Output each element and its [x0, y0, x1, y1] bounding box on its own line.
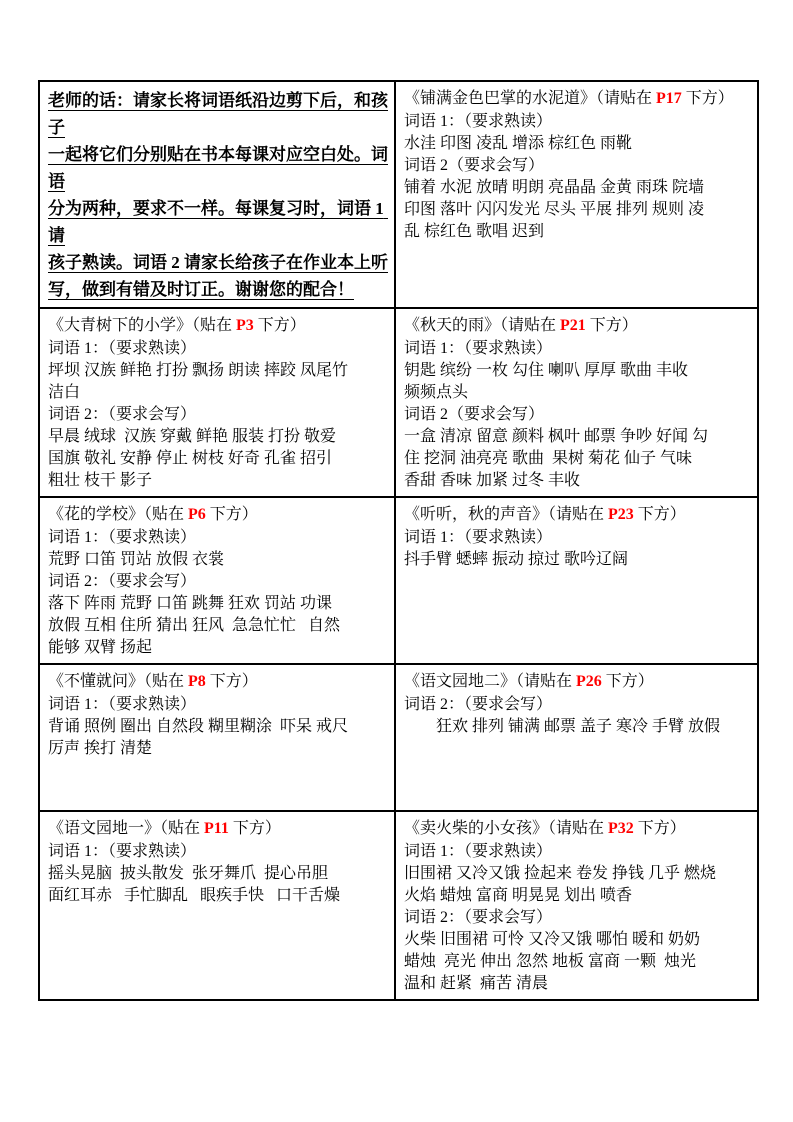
- word-list-line: 乱 棕红色 歌唱 迟到: [404, 221, 751, 243]
- word-list-line: 厉声 挨打 清楚: [48, 738, 388, 760]
- teacher-note-line: 写，做到有错及时订正。谢谢您的配合！: [48, 276, 388, 303]
- word-list-line: 住 挖洞 油亮亮 歌曲 果树 菊花 仙子 气味: [404, 448, 751, 470]
- word-list-line: 蜡烛 亮光 伸出 忽然 地板 富商 一颗 烛光: [404, 951, 751, 973]
- teacher-note-line: 老师的话：请家长将词语纸沿边剪下后，和孩子: [48, 87, 388, 141]
- lesson-title: 《语文园地二》（请贴在 P26 下方）: [404, 670, 751, 694]
- lesson-title-text: 下方）: [254, 317, 306, 334]
- lesson-title-text: 《花的学校》（贴在: [48, 506, 188, 523]
- word-list-line: 早晨 绒球 汉族 穿戴 鲜艳 服装 打扮 敬爱: [48, 426, 388, 448]
- table-row: 《语文园地一》（贴在 P11 下方）词语 1：（要求熟读）摇头晃脑 披头散发 张…: [39, 811, 758, 1000]
- cell-lesson-shuinidao: 《铺满金色巴掌的水泥道》（请贴在 P17 下方）词语 1：（要求熟读）水洼 印图…: [395, 81, 758, 308]
- page-ref: P21: [560, 317, 586, 334]
- word-list-line: 词语 1：（要求熟读）: [48, 338, 388, 360]
- page-ref: P26: [576, 673, 602, 690]
- table-row: 老师的话：请家长将词语纸沿边剪下后，和孩子一起将它们分别贴在书本每课对应空白处。…: [39, 81, 758, 308]
- teacher-note-line: 分为两种，要求不一样。每课复习时，词语 1 请: [48, 195, 388, 249]
- lesson-title-text: 《听听，秋的声音》（请贴在: [404, 506, 608, 523]
- word-list-line: 洁白: [48, 382, 388, 404]
- word-list-line: 词语 1：（要求熟读）: [404, 527, 751, 549]
- page-ref: P17: [656, 90, 682, 107]
- word-list-line: 抖手臂 蟋蟀 振动 掠过 歌吟辽阔: [404, 549, 751, 571]
- word-list-line: 词语 2：（要求会写）: [404, 907, 751, 929]
- teacher-note-line: 孩子熟读。词语 2 请家长给孩子在作业本上听: [48, 249, 388, 276]
- word-list-line: 词语 1：（要求熟读）: [404, 841, 751, 863]
- word-list-line: 荒野 口笛 罚站 放假 衣裳: [48, 549, 388, 571]
- lesson-title-text: 下方）: [586, 317, 638, 334]
- word-list-line: 词语 1：（要求熟读）: [48, 527, 388, 549]
- page-ref: P6: [188, 506, 206, 523]
- cell-yuwen-yuandi-1: 《语文园地一》（贴在 P11 下方）词语 1：（要求熟读）摇头晃脑 披头散发 张…: [39, 811, 395, 1000]
- cell-lesson-maihuochai: 《卖火柴的小女孩》（请贴在 P32 下方）词语 1：（要求熟读）旧围裙 又冷又饿…: [395, 811, 758, 1000]
- lesson-title-text: 下方）: [602, 673, 654, 690]
- lesson-title-text: 《语文园地二》（请贴在: [404, 673, 576, 690]
- word-list-line: 能够 双臂 扬起: [48, 637, 388, 659]
- cell-yuwen-yuandi-2: 《语文园地二》（请贴在 P26 下方）词语 2：（要求会写） 狂欢 排列 铺满 …: [395, 664, 758, 811]
- word-list-line: 落下 阵雨 荒野 口笛 跳舞 狂欢 罚站 功课: [48, 593, 388, 615]
- lesson-title-text: 下方）: [682, 90, 734, 107]
- lesson-title-text: 《大青树下的小学》（贴在: [48, 317, 236, 334]
- lesson-title-text: 《卖火柴的小女孩》（请贴在: [404, 820, 608, 837]
- word-list-line: 词语 2：（要求会写）: [48, 404, 388, 426]
- word-list-line: 词语 2（要求会写）: [404, 155, 751, 177]
- lesson-title: 《大青树下的小学》（贴在 P3 下方）: [48, 314, 388, 338]
- lesson-title: 《铺满金色巴掌的水泥道》（请贴在 P17 下方）: [404, 87, 751, 111]
- table-row: 《不懂就问》（贴在 P8 下方）词语 1：（要求熟读）背诵 照例 圈出 自然段 …: [39, 664, 758, 811]
- word-list-line: 国旗 敬礼 安静 停止 树枝 好奇 孔雀 招引: [48, 448, 388, 470]
- lesson-title: 《卖火柴的小女孩》（请贴在 P32 下方）: [404, 817, 751, 841]
- word-list-line: 词语 2（要求会写）: [404, 404, 751, 426]
- word-list-line: 香甜 香味 加紧 过冬 丰收: [404, 470, 751, 492]
- word-list-line: 词语 2：（要求会写）: [404, 694, 751, 716]
- cell-lesson-qiutiandeyu: 《秋天的雨》（请贴在 P21 下方）词语 1：（要求熟读）钥匙 缤纷 一枚 勾住…: [395, 308, 758, 497]
- word-list-line: 词语 1：（要求熟读）: [404, 338, 751, 360]
- word-list-line: 火柴 旧围裙 可怜 又冷又饿 哪怕 暖和 奶奶: [404, 929, 751, 951]
- page-ref: P32: [608, 820, 634, 837]
- lesson-title: 《听听，秋的声音》（请贴在 P23 下方）: [404, 503, 751, 527]
- word-list-line: 旧围裙 又冷又饿 捡起来 卷发 挣钱 几乎 燃烧: [404, 863, 751, 885]
- vocabulary-table: 老师的话：请家长将词语纸沿边剪下后，和孩子一起将它们分别贴在书本每课对应空白处。…: [38, 80, 759, 1001]
- word-list-line: 铺着 水泥 放晴 明朗 亮晶晶 金黄 雨珠 院墙: [404, 177, 751, 199]
- lesson-title-text: 下方）: [634, 506, 686, 523]
- word-list-line: 摇头晃脑 披头散发 张牙舞爪 提心吊胆: [48, 863, 388, 885]
- word-list-line: 粗壮 枝干 影子: [48, 470, 388, 492]
- cell-lesson-tingting-qiudeshengyin: 《听听，秋的声音》（请贴在 P23 下方）词语 1：（要求熟读）抖手臂 蟋蟀 振…: [395, 497, 758, 664]
- teacher-note-line: 一起将它们分别贴在书本每课对应空白处。词语: [48, 141, 388, 195]
- lesson-title: 《花的学校》（贴在 P6 下方）: [48, 503, 388, 527]
- word-list-line: 面红耳赤 手忙脚乱 眼疾手快 口干舌燥: [48, 885, 388, 907]
- word-list-line: 词语 2：（要求会写）: [48, 571, 388, 593]
- lesson-title-text: 《语文园地一》（贴在: [48, 820, 204, 837]
- cell-lesson-budongjiuwen: 《不懂就问》（贴在 P8 下方）词语 1：（要求熟读）背诵 照例 圈出 自然段 …: [39, 664, 395, 811]
- word-list-line: 坪坝 汉族 鲜艳 打扮 飘扬 朗读 摔跤 凤尾竹: [48, 360, 388, 382]
- table-row: 《大青树下的小学》（贴在 P3 下方）词语 1：（要求熟读）坪坝 汉族 鲜艳 打…: [39, 308, 758, 497]
- lesson-title-text: 《不懂就问》（贴在: [48, 673, 188, 690]
- lesson-title: 《秋天的雨》（请贴在 P21 下方）: [404, 314, 751, 338]
- word-list-line: 狂欢 排列 铺满 邮票 盖子 寒冷 手臂 放假: [404, 716, 751, 738]
- page-ref: P23: [608, 506, 634, 523]
- cell-teacher-note: 老师的话：请家长将词语纸沿边剪下后，和孩子一起将它们分别贴在书本每课对应空白处。…: [39, 81, 395, 308]
- word-list-line: 词语 1：（要求熟读）: [404, 111, 751, 133]
- word-list-line: 温和 赶紧 痛苦 清晨: [404, 973, 751, 995]
- word-list-line: 频频点头: [404, 382, 751, 404]
- table-row: 《花的学校》（贴在 P6 下方）词语 1：（要求熟读）荒野 口笛 罚站 放假 衣…: [39, 497, 758, 664]
- lesson-title: 《不懂就问》（贴在 P8 下方）: [48, 670, 388, 694]
- word-list-line: 词语 1：（要求熟读）: [48, 841, 388, 863]
- word-list-line: 词语 1：（要求熟读）: [48, 694, 388, 716]
- word-list-line: 火焰 蜡烛 富商 明晃晃 划出 喷香: [404, 885, 751, 907]
- word-list-line: 水洼 印图 凌乱 增添 棕红色 雨靴: [404, 133, 751, 155]
- lesson-title: 《语文园地一》（贴在 P11 下方）: [48, 817, 388, 841]
- document-page: 老师的话：请家长将词语纸沿边剪下后，和孩子一起将它们分别贴在书本每课对应空白处。…: [0, 0, 793, 1122]
- word-list-line: 钥匙 缤纷 一枚 勾住 喇叭 厚厚 歌曲 丰收: [404, 360, 751, 382]
- word-list-line: 背诵 照例 圈出 自然段 糊里糊涂 吓呆 戒尺: [48, 716, 388, 738]
- lesson-title-text: 《秋天的雨》（请贴在: [404, 317, 560, 334]
- lesson-title-text: 下方）: [206, 506, 258, 523]
- word-list-line: 放假 互相 住所 猜出 狂风 急急忙忙 自然: [48, 615, 388, 637]
- word-list-line: 印图 落叶 闪闪发光 尽头 平展 排列 规则 凌: [404, 199, 751, 221]
- lesson-title-text: 下方）: [634, 820, 686, 837]
- page-ref: P11: [204, 820, 229, 837]
- page-ref: P8: [188, 673, 206, 690]
- word-list-line: 一盒 清凉 留意 颜料 枫叶 邮票 争吵 好闻 勾: [404, 426, 751, 448]
- page-ref: P3: [236, 317, 254, 334]
- cell-lesson-huadexuexiao: 《花的学校》（贴在 P6 下方）词语 1：（要求熟读）荒野 口笛 罚站 放假 衣…: [39, 497, 395, 664]
- lesson-title-text: 下方）: [229, 820, 281, 837]
- cell-lesson-daqingshu: 《大青树下的小学》（贴在 P3 下方）词语 1：（要求熟读）坪坝 汉族 鲜艳 打…: [39, 308, 395, 497]
- lesson-title-text: 下方）: [206, 673, 258, 690]
- lesson-title-text: 《铺满金色巴掌的水泥道》（请贴在: [404, 90, 656, 107]
